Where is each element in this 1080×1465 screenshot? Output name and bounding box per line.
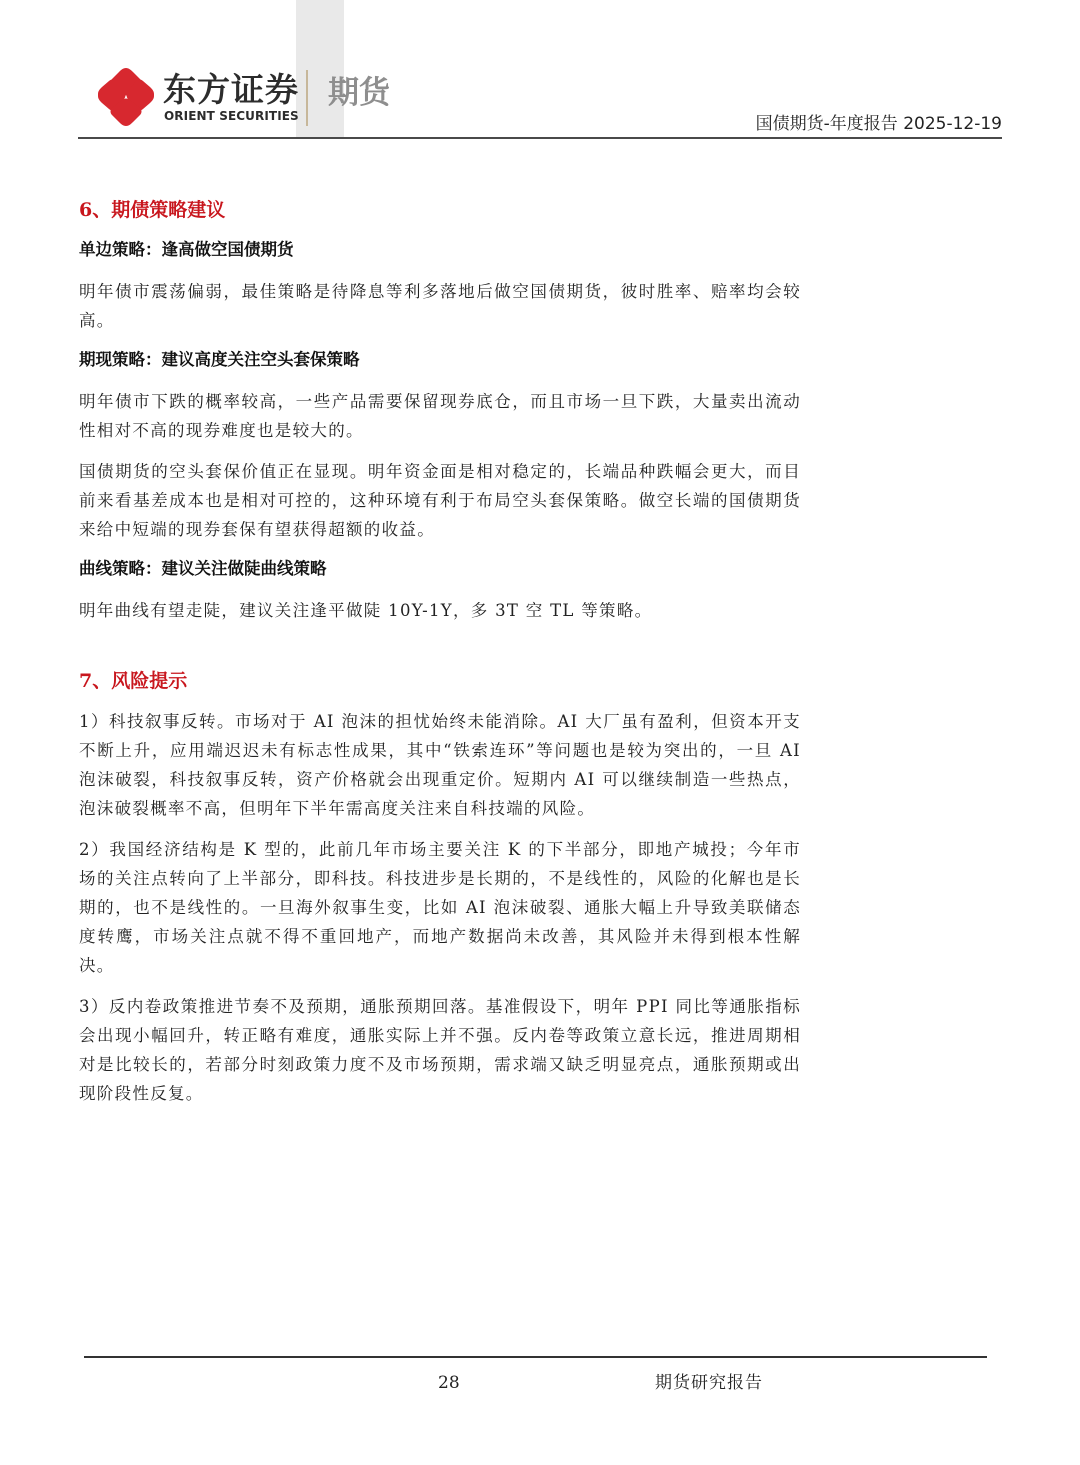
paragraph: 明年债市下跌的概率较高，一些产品需要保留现券底仓，而且市场一旦下跌，大量卖出流动… <box>79 387 801 445</box>
logo-divider <box>306 70 308 126</box>
footer-divider <box>84 1356 987 1358</box>
page-number: 28 <box>438 1372 460 1394</box>
logo-chinese-name: 东方证券 <box>163 70 299 110</box>
risk-item: 2）我国经济结构是 K 型的，此前几年市场主要关注 K 的下半部分，即地产城投；… <box>79 835 801 980</box>
subtitle-basis-strategy: 期现策略：建议高度关注空头套保策略 <box>79 347 801 373</box>
report-body: 6、期债策略建议 单边策略：逢高做空国债期货 明年债市震荡偏弱，最佳策略是待降息… <box>79 196 801 1108</box>
paragraph: 明年债市震荡偏弱，最佳策略是待降息等利多落地后做空国债期货，彼时胜率、赔率均会较… <box>79 277 801 335</box>
section-title-strategy: 6、期债策略建议 <box>79 196 801 224</box>
division-label: 期货 <box>328 74 390 112</box>
section-title-risk: 7、风险提示 <box>79 667 801 695</box>
header-gray-band <box>296 0 344 138</box>
report-header-title: 国债期货-年度报告 2025-12-19 <box>756 113 1002 135</box>
logo-english-name: ORIENT SECURITIES <box>164 109 299 123</box>
subtitle-single-side-strategy: 单边策略：逢高做空国债期货 <box>79 237 801 263</box>
report-title: 国债期货-年度报告 <box>756 114 898 134</box>
report-date: 2025-12-19 <box>903 114 1002 134</box>
header-divider <box>78 137 1002 139</box>
risk-item: 3）反内卷政策推进节奏不及预期，通胀预期回落。基准假设下，明年 PPI 同比等通… <box>79 992 801 1108</box>
paragraph: 明年曲线有望走陡，建议关注逢平做陡 10Y-1Y，多 3T 空 TL 等策略。 <box>79 596 801 625</box>
orient-securities-logo-icon <box>96 66 156 128</box>
paragraph: 国债期货的空头套保价值正在显现。明年资金面是相对稳定的，长端品种跌幅会更大，而目… <box>79 457 801 544</box>
footer-label: 期货研究报告 <box>655 1372 763 1394</box>
subtitle-curve-strategy: 曲线策略：建议关注做陡曲线策略 <box>79 556 801 582</box>
risk-item: 1）科技叙事反转。市场对于 AI 泡沫的担忧始终未能消除。AI 大厂虽有盈利，但… <box>79 707 801 823</box>
